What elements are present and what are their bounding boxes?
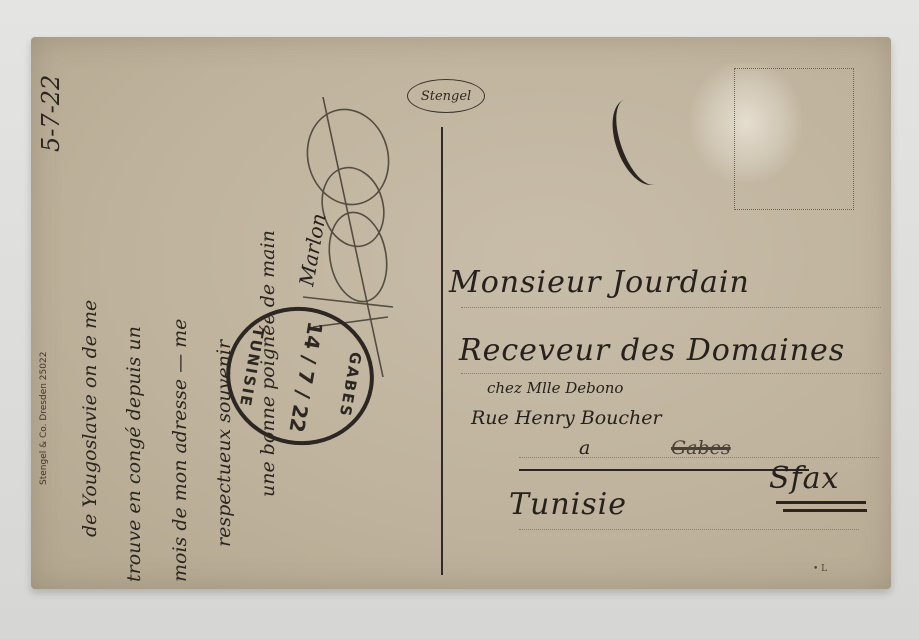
city-underline-2 bbox=[783, 509, 867, 512]
city-underline-1 bbox=[776, 501, 866, 504]
postmark-date: 14 / 7 / 22 bbox=[283, 311, 329, 443]
address-street: Rue Henry Boucher bbox=[471, 407, 662, 429]
publisher-logo: Stengel bbox=[407, 79, 485, 113]
address-solid-rule bbox=[519, 469, 809, 471]
address-dotted-line-1 bbox=[461, 307, 881, 308]
address-prefix: a bbox=[579, 437, 590, 459]
postcard-back: Stengel Stengel & Co. Dresden 25022 5-7-… bbox=[31, 37, 891, 589]
center-divider-line bbox=[441, 127, 443, 575]
message-line-3: mois de mon adresse — me bbox=[169, 319, 191, 582]
address-recipient-name: Monsieur Jourdain bbox=[449, 265, 750, 300]
address-dotted-line-3 bbox=[519, 457, 879, 458]
svg-text:Marlon: Marlon bbox=[294, 212, 331, 289]
message-line-2: trouve en congé depuis un bbox=[123, 326, 145, 582]
address-recipient-title: Receveur des Domaines bbox=[459, 333, 845, 368]
address-city: Sfax bbox=[769, 461, 839, 496]
partial-postmark-icon bbox=[602, 92, 677, 193]
postmark-country: TUNISIE bbox=[232, 302, 272, 433]
address-care-of: chez Mlle Debono bbox=[487, 379, 623, 397]
corner-printer-mark: • L bbox=[813, 564, 827, 574]
message-line-1: de Yougoslavie on de me bbox=[79, 300, 101, 537]
address-country: Tunisie bbox=[509, 487, 627, 522]
stamp-placeholder-box bbox=[734, 68, 854, 210]
address-struck-city: Gabes bbox=[671, 437, 731, 459]
address-dotted-line-2 bbox=[461, 373, 881, 374]
address-dotted-line-4 bbox=[519, 529, 859, 530]
postmark-city: GABES bbox=[330, 319, 370, 450]
message-date: 5-7-22 bbox=[37, 75, 65, 152]
printer-note: Stengel & Co. Dresden 25022 bbox=[39, 352, 49, 485]
publisher-logo-text: Stengel bbox=[421, 89, 471, 104]
